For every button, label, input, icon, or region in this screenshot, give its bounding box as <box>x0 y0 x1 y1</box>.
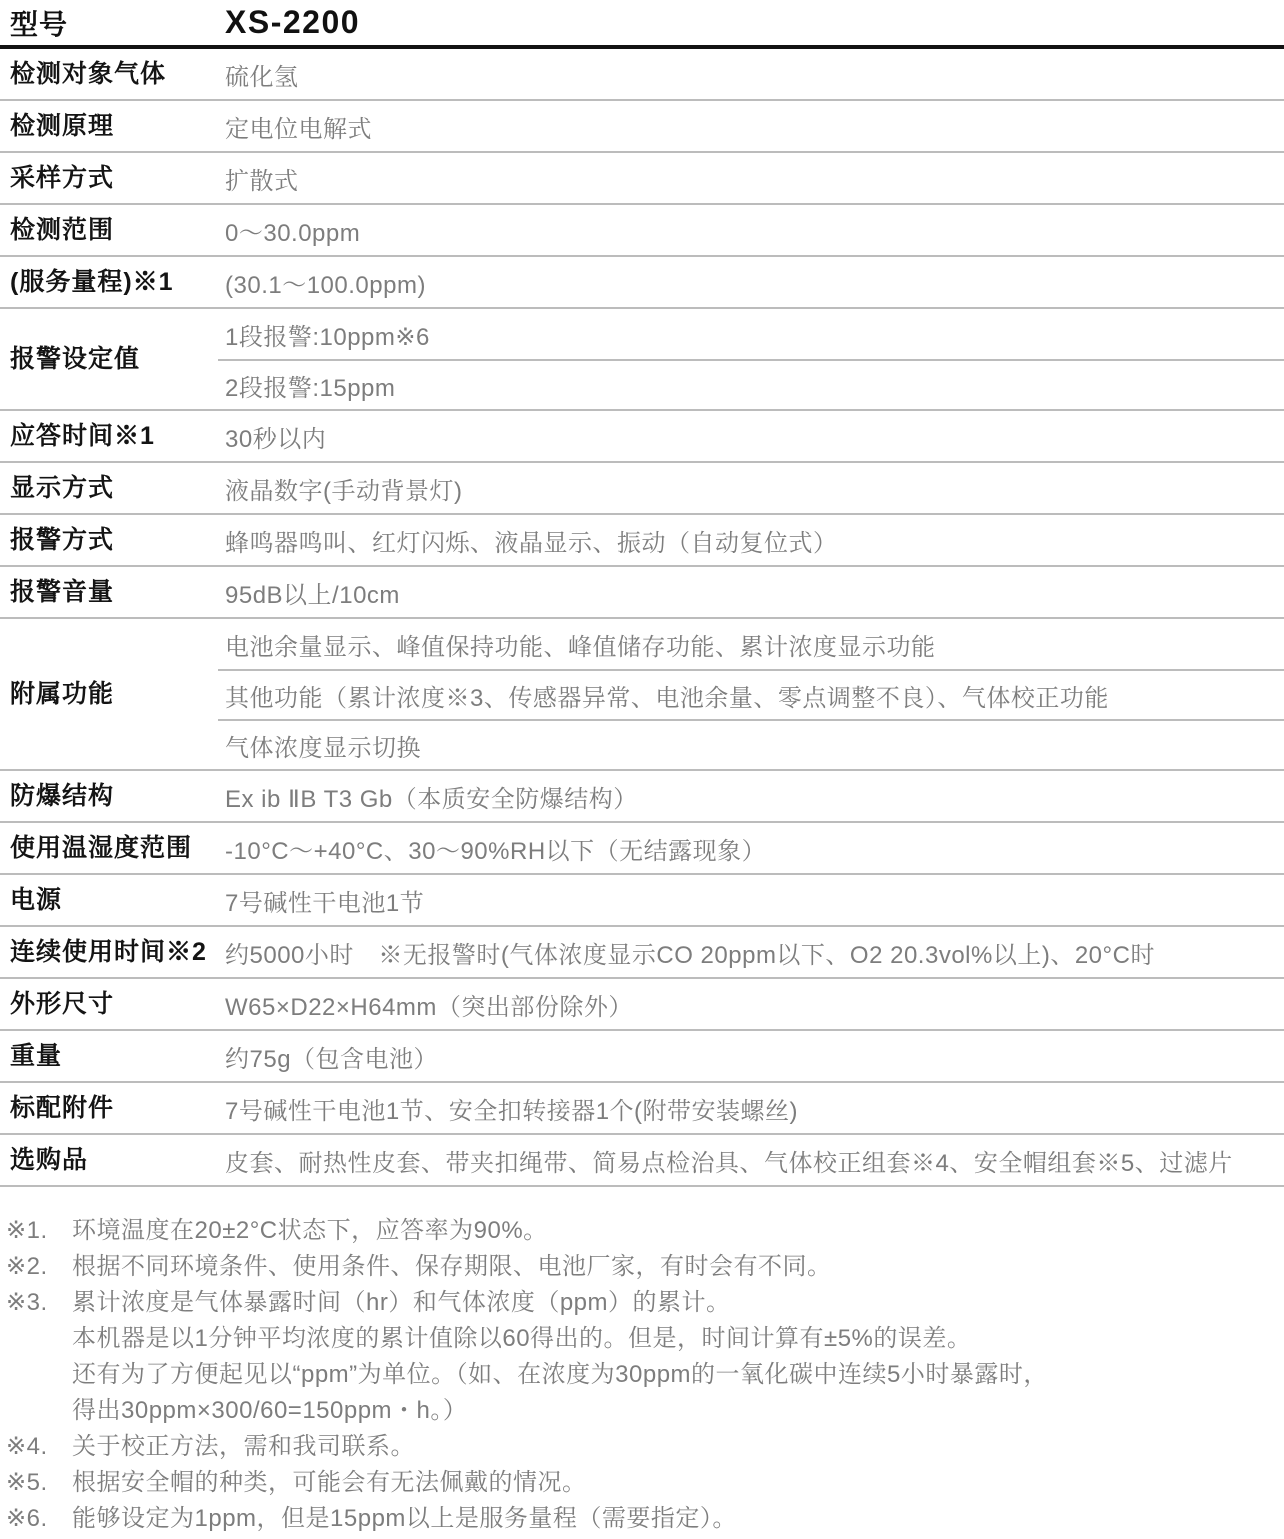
footnote-marker: ※1. <box>0 1213 72 1249</box>
row-value: 蜂鸣器鸣叫、红灯闪烁、液晶显示、振动（自动复位式） <box>218 515 1284 565</box>
table-row: 采样方式扩散式 <box>0 153 1284 205</box>
footnote-line: 还有为了方便起见以“ppm”为单位。（如、在浓度为30ppm的一氧化碳中连续5小… <box>72 1357 1284 1393</box>
row-value: -10°C～+40°C、30～90%RH以下（无结露现象） <box>218 823 1284 873</box>
footnote-line: 本机器是以1分钟平均浓度的累计值除以60得出的。但是，时间计算有±5%的误差。 <box>72 1321 1284 1357</box>
footnotes: ※1.环境温度在20±2°C状态下，应答率为90%。※2.根据不同环境条件、使用… <box>0 1213 1284 1537</box>
table-row: 报警方式蜂鸣器鸣叫、红灯闪烁、液晶显示、振动（自动复位式） <box>0 515 1284 567</box>
row-value: 皮套、耐热性皮套、带夹扣绳带、简易点检治具、气体校正组套※4、安全帽组套※5、过… <box>218 1135 1284 1185</box>
row-value: 其他功能（累计浓度※3、传感器异常、电池余量、零点调整不良）、气体校正功能 <box>218 669 1284 719</box>
row-value: 约75g（包含电池） <box>218 1031 1284 1081</box>
row-values: 蜂鸣器鸣叫、红灯闪烁、液晶显示、振动（自动复位式） <box>218 515 1284 565</box>
table-row: 重量约75g（包含电池） <box>0 1031 1284 1083</box>
table-row: 检测原理定电位电解式 <box>0 101 1284 153</box>
footnote-line: 累计浓度是气体暴露时间（hr）和气体浓度（ppm）的累计。 <box>72 1285 1284 1321</box>
footnote-marker: ※6. <box>0 1501 72 1537</box>
row-label: 重量 <box>0 1031 218 1081</box>
footnote-lines: 关于校正方法，需和我司联系。 <box>72 1429 1284 1465</box>
row-values: W65×D22×H64mm（突出部份除外） <box>218 979 1284 1029</box>
row-label: 报警方式 <box>0 515 218 565</box>
spec-sheet: 型号 XS-2200 检测对象气体硫化氢检测原理定电位电解式采样方式扩散式检测范… <box>0 0 1284 1539</box>
table-row: 防爆结构Ex ib ⅡB T3 Gb（本质安全防爆结构） <box>0 771 1284 823</box>
footnote-lines: 累计浓度是气体暴露时间（hr）和气体浓度（ppm）的累计。本机器是以1分钟平均浓… <box>72 1285 1284 1429</box>
row-label: 检测原理 <box>0 101 218 151</box>
row-values: 皮套、耐热性皮套、带夹扣绳带、简易点检治具、气体校正组套※4、安全帽组套※5、过… <box>218 1135 1284 1185</box>
model-label: 型号 <box>0 3 218 43</box>
row-label: 标配附件 <box>0 1083 218 1133</box>
row-value: 7号碱性干电池1节 <box>218 875 1284 925</box>
footnote: ※6.能够设定为1ppm，但是15ppm以上是服务量程（需要指定）。 <box>0 1501 1284 1537</box>
row-value: 电池余量显示、峰值保持功能、峰值储存功能、累计浓度显示功能 <box>218 619 1284 669</box>
row-values: 约75g（包含电池） <box>218 1031 1284 1081</box>
table-row: 报警设定值1段报警:10ppm※62段报警:15ppm <box>0 309 1284 411</box>
row-values: 约5000小时 ※无报警时(气体浓度显示CO 20ppm以下、O2 20.3vo… <box>218 927 1284 977</box>
footnote-line: 关于校正方法，需和我司联系。 <box>72 1429 1284 1465</box>
row-value: 30秒以内 <box>218 411 1284 461</box>
row-label: 检测对象气体 <box>0 49 218 99</box>
table-header-row: 型号 XS-2200 <box>0 0 1284 49</box>
row-label: 报警设定值 <box>0 309 218 409</box>
footnote-lines: 环境温度在20±2°C状态下，应答率为90%。 <box>72 1213 1284 1249</box>
row-label: 附属功能 <box>0 619 218 769</box>
row-label: 显示方式 <box>0 463 218 513</box>
footnote: ※2.根据不同环境条件、使用条件、保存期限、电池厂家，有时会有不同。 <box>0 1249 1284 1285</box>
footnote-line: 得出30ppm×300/60=150ppm・h。） <box>72 1393 1284 1429</box>
footnote-lines: 根据不同环境条件、使用条件、保存期限、电池厂家，有时会有不同。 <box>72 1249 1284 1285</box>
table-row: 显示方式液晶数字(手动背景灯) <box>0 463 1284 515</box>
row-value: 95dB以上/10cm <box>218 567 1284 617</box>
footnote-line: 能够设定为1ppm，但是15ppm以上是服务量程（需要指定）。 <box>72 1501 1284 1537</box>
row-value: 7号碱性干电池1节、安全扣转接器1个(附带安装螺丝) <box>218 1083 1284 1133</box>
footnote: ※5.根据安全帽的种类，可能会有无法佩戴的情况。 <box>0 1465 1284 1501</box>
table-row: 检测范围0～30.0ppm <box>0 205 1284 257</box>
row-value: Ex ib ⅡB T3 Gb（本质安全防爆结构） <box>218 771 1284 821</box>
table-row: 应答时间※130秒以内 <box>0 411 1284 463</box>
row-label: 连续使用时间※2 <box>0 927 218 977</box>
footnote-marker: ※4. <box>0 1429 72 1465</box>
footnote: ※4.关于校正方法，需和我司联系。 <box>0 1429 1284 1465</box>
row-value: 1段报警:10ppm※6 <box>218 309 1284 359</box>
row-value: (30.1～100.0ppm) <box>218 257 1284 307</box>
footnote-marker: ※3. <box>0 1285 72 1429</box>
row-values: Ex ib ⅡB T3 Gb（本质安全防爆结构） <box>218 771 1284 821</box>
row-label: 电源 <box>0 875 218 925</box>
row-values: 7号碱性干电池1节 <box>218 875 1284 925</box>
table-row: 检测对象气体硫化氢 <box>0 49 1284 101</box>
footnote-lines: 能够设定为1ppm，但是15ppm以上是服务量程（需要指定）。 <box>72 1501 1284 1537</box>
row-values: 定电位电解式 <box>218 101 1284 151</box>
row-values: 1段报警:10ppm※62段报警:15ppm <box>218 309 1284 409</box>
row-values: 7号碱性干电池1节、安全扣转接器1个(附带安装螺丝) <box>218 1083 1284 1133</box>
row-value: 0～30.0ppm <box>218 205 1284 255</box>
row-label: 采样方式 <box>0 153 218 203</box>
table-row: 连续使用时间※2约5000小时 ※无报警时(气体浓度显示CO 20ppm以下、O… <box>0 927 1284 979</box>
row-value: W65×D22×H64mm（突出部份除外） <box>218 979 1284 1029</box>
table-row: 使用温湿度范围-10°C～+40°C、30～90%RH以下（无结露现象） <box>0 823 1284 875</box>
row-values: 0～30.0ppm <box>218 205 1284 255</box>
footnote: ※1.环境温度在20±2°C状态下，应答率为90%。 <box>0 1213 1284 1249</box>
row-value: 硫化氢 <box>218 49 1284 99</box>
model-name: XS-2200 <box>218 4 360 41</box>
footnote: ※3.累计浓度是气体暴露时间（hr）和气体浓度（ppm）的累计。本机器是以1分钟… <box>0 1285 1284 1429</box>
footnote-line: 根据安全帽的种类，可能会有无法佩戴的情况。 <box>72 1465 1284 1501</box>
row-label: 报警音量 <box>0 567 218 617</box>
row-label: 外形尺寸 <box>0 979 218 1029</box>
row-value: 液晶数字(手动背景灯) <box>218 463 1284 513</box>
table-row: (服务量程)※1(30.1～100.0ppm) <box>0 257 1284 309</box>
row-values: 电池余量显示、峰值保持功能、峰值储存功能、累计浓度显示功能其他功能（累计浓度※3… <box>218 619 1284 769</box>
row-value: 2段报警:15ppm <box>218 359 1284 409</box>
row-values: 扩散式 <box>218 153 1284 203</box>
table-row: 选购品皮套、耐热性皮套、带夹扣绳带、简易点检治具、气体校正组套※4、安全帽组套※… <box>0 1135 1284 1187</box>
row-label: 防爆结构 <box>0 771 218 821</box>
footnote-line: 环境温度在20±2°C状态下，应答率为90%。 <box>72 1213 1284 1249</box>
row-values: 液晶数字(手动背景灯) <box>218 463 1284 513</box>
row-value: 约5000小时 ※无报警时(气体浓度显示CO 20ppm以下、O2 20.3vo… <box>218 927 1284 977</box>
row-value: 气体浓度显示切换 <box>218 719 1284 769</box>
row-label: 选购品 <box>0 1135 218 1185</box>
footnote-marker: ※2. <box>0 1249 72 1285</box>
row-values: 30秒以内 <box>218 411 1284 461</box>
row-values: 硫化氢 <box>218 49 1284 99</box>
row-values: (30.1～100.0ppm) <box>218 257 1284 307</box>
row-label: 检测范围 <box>0 205 218 255</box>
table-row: 外形尺寸W65×D22×H64mm（突出部份除外） <box>0 979 1284 1031</box>
row-values: -10°C～+40°C、30～90%RH以下（无结露现象） <box>218 823 1284 873</box>
table-row: 标配附件7号碱性干电池1节、安全扣转接器1个(附带安装螺丝) <box>0 1083 1284 1135</box>
footnote-lines: 根据安全帽的种类，可能会有无法佩戴的情况。 <box>72 1465 1284 1501</box>
footnote-line: 根据不同环境条件、使用条件、保存期限、电池厂家，有时会有不同。 <box>72 1249 1284 1285</box>
footnote-marker: ※5. <box>0 1465 72 1501</box>
row-value: 定电位电解式 <box>218 101 1284 151</box>
spec-table: 检测对象气体硫化氢检测原理定电位电解式采样方式扩散式检测范围0～30.0ppm(… <box>0 49 1284 1187</box>
table-row: 报警音量95dB以上/10cm <box>0 567 1284 619</box>
table-row: 附属功能电池余量显示、峰值保持功能、峰值储存功能、累计浓度显示功能其他功能（累计… <box>0 619 1284 771</box>
row-label: 使用温湿度范围 <box>0 823 218 873</box>
row-values: 95dB以上/10cm <box>218 567 1284 617</box>
table-row: 电源7号碱性干电池1节 <box>0 875 1284 927</box>
row-label: 应答时间※1 <box>0 411 218 461</box>
row-label: (服务量程)※1 <box>0 257 218 307</box>
row-value: 扩散式 <box>218 153 1284 203</box>
